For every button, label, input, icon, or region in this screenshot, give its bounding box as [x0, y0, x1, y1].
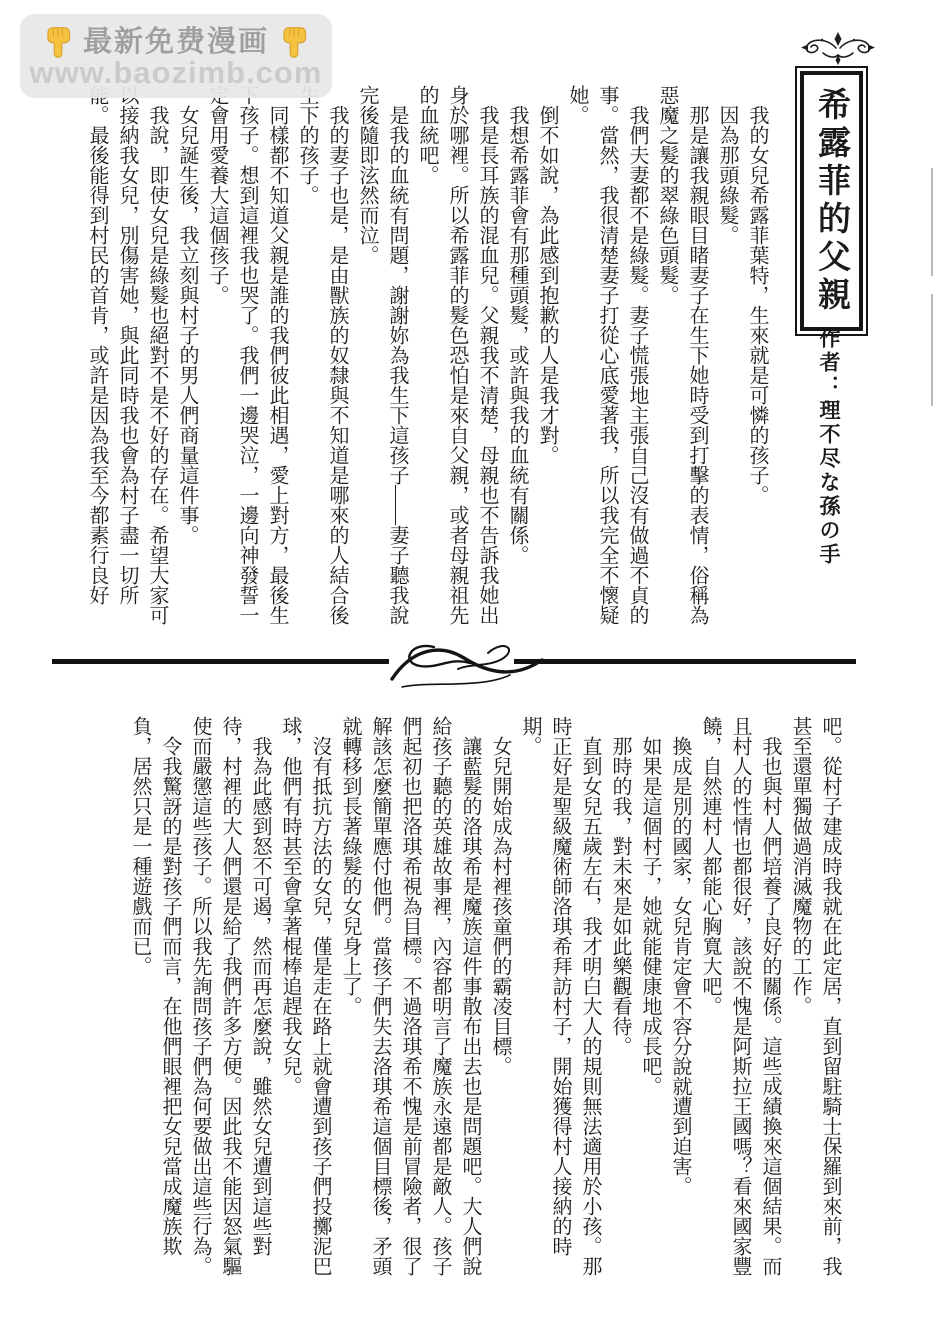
paragraph: 我為此感到怒不可遏，然而再怎麼說，雖然女兒遭到這些對待，村裡的大人們還是給了我們…: [185, 716, 275, 1288]
swirl-flourish-icon: [388, 633, 546, 697]
paragraph: 是我的血統有問題，謝謝妳為我生下這孩子——妻子聽我說完後隨即泫然而泣。: [352, 85, 412, 630]
watermark-badge[interactable]: 最新免费漫画 www.baozimb.com: [20, 14, 332, 98]
watermark-title: 最新免费漫画: [83, 28, 269, 57]
divider-line-left: [52, 659, 389, 664]
paragraph: 女兒開始成為村裡孩童們的霸凌目標。: [485, 716, 515, 1288]
scan-artifact: [931, 294, 933, 406]
story-text-bottom: 吧。從村子建成時我就在此定居，直到留駐騎士保羅到來前，我甚至還單獨做過消滅魔物的…: [73, 716, 845, 1288]
chapter-title: 希露菲的父親: [800, 71, 863, 331]
paragraph: 我的女兒希露菲葉特，生來就是可憐的孩子。: [742, 85, 772, 630]
paragraph: 那時的我，對未來是如此樂觀看待。: [605, 716, 635, 1288]
divider-line-right: [514, 659, 856, 664]
paragraph: 我是長耳族的混血兒。父親我不清楚，母親也不告訴我她出身於哪裡。所以希露菲的髮色恐…: [412, 85, 502, 630]
paragraph: 倒不如說，為此感到抱歉的人是我才對。: [532, 85, 562, 630]
story-text-top: 我的女兒希露菲葉特，生來就是可憐的孩子。 因為那頭綠髮。 那是讓我親眼目睹妻子在…: [66, 85, 772, 630]
paragraph: 換成是別的國家，女兒肯定會不容分說就遭到迫害。: [665, 716, 695, 1288]
paragraph: 同樣都不知道父親是誰的我們彼此相遇，愛上對方，最後生下孩子。想到這裡我也哭了。我…: [202, 85, 292, 630]
paragraph: 如果是這個村子，她就能健康地成長吧。: [635, 716, 665, 1288]
paragraph: 讓藍髮的洛琪希是魔族這件事散布出去也是問題吧。大人們說給孩子聽的英雄故事裡，內容…: [335, 716, 485, 1288]
paragraph: 因為那頭綠髮。: [712, 85, 742, 630]
paragraph: 吧。從村子建成時我就在此定居，直到留駐騎士保羅到來前，我甚至還單獨做過消滅魔物的…: [785, 716, 845, 1288]
fleuron-icon: [799, 30, 877, 70]
chapter-title-box: 希露菲的父親: [795, 66, 868, 336]
author-credit: 作者：理不尽な孫の手: [814, 327, 844, 567]
paragraph: 我說，即使女兒是綠髮也絕對不是不好的存在。希望大家可以接納我女兒，別傷害她，與此…: [82, 85, 172, 630]
paragraph: 我的妻子也是，是由獸族的奴隸與不知道是哪來的人結合後生下的孩子。: [292, 85, 352, 630]
paragraph: 那是讓我親眼目睹妻子在生下她時受到打擊的表情，俗稱為惡魔之髮的翠綠色頭髮。: [652, 85, 712, 630]
paragraph: 我想希露菲會有那種頭髮，或許與我的血統有關係。: [502, 85, 532, 630]
scan-artifact: [931, 168, 933, 276]
watermark-url[interactable]: www.baozimb.com: [30, 57, 323, 88]
paragraph: 女兒誕生後，我立刻與村子的男人們商量這件事。: [172, 85, 202, 630]
paragraph: 我們夫妻都不是綠髮。妻子慌張地主張自己沒有做過不貞的事。當然，我很清楚妻子打從心…: [562, 85, 652, 630]
paragraph: 直到女兒五歲左右，我才明白大人的規則無法適用於小孩。那時正好是聖級魔術師洛琪希拜…: [515, 716, 605, 1288]
paragraph: 沒有抵抗方法的女兒，僅是走在路上就會遭到孩子們投擲泥巴球，他們有時甚至會拿著棍棒…: [275, 716, 335, 1288]
paragraph: 我也與村人們培養了良好的關係。這些成績換來這個結果。而且村人的性情也都很好，該說…: [695, 716, 785, 1288]
paragraph: 令我驚訝的是對孩子們而言，在他們眼裡把女兒當成魔族欺負，居然只是一種遊戲而已。: [125, 716, 185, 1288]
